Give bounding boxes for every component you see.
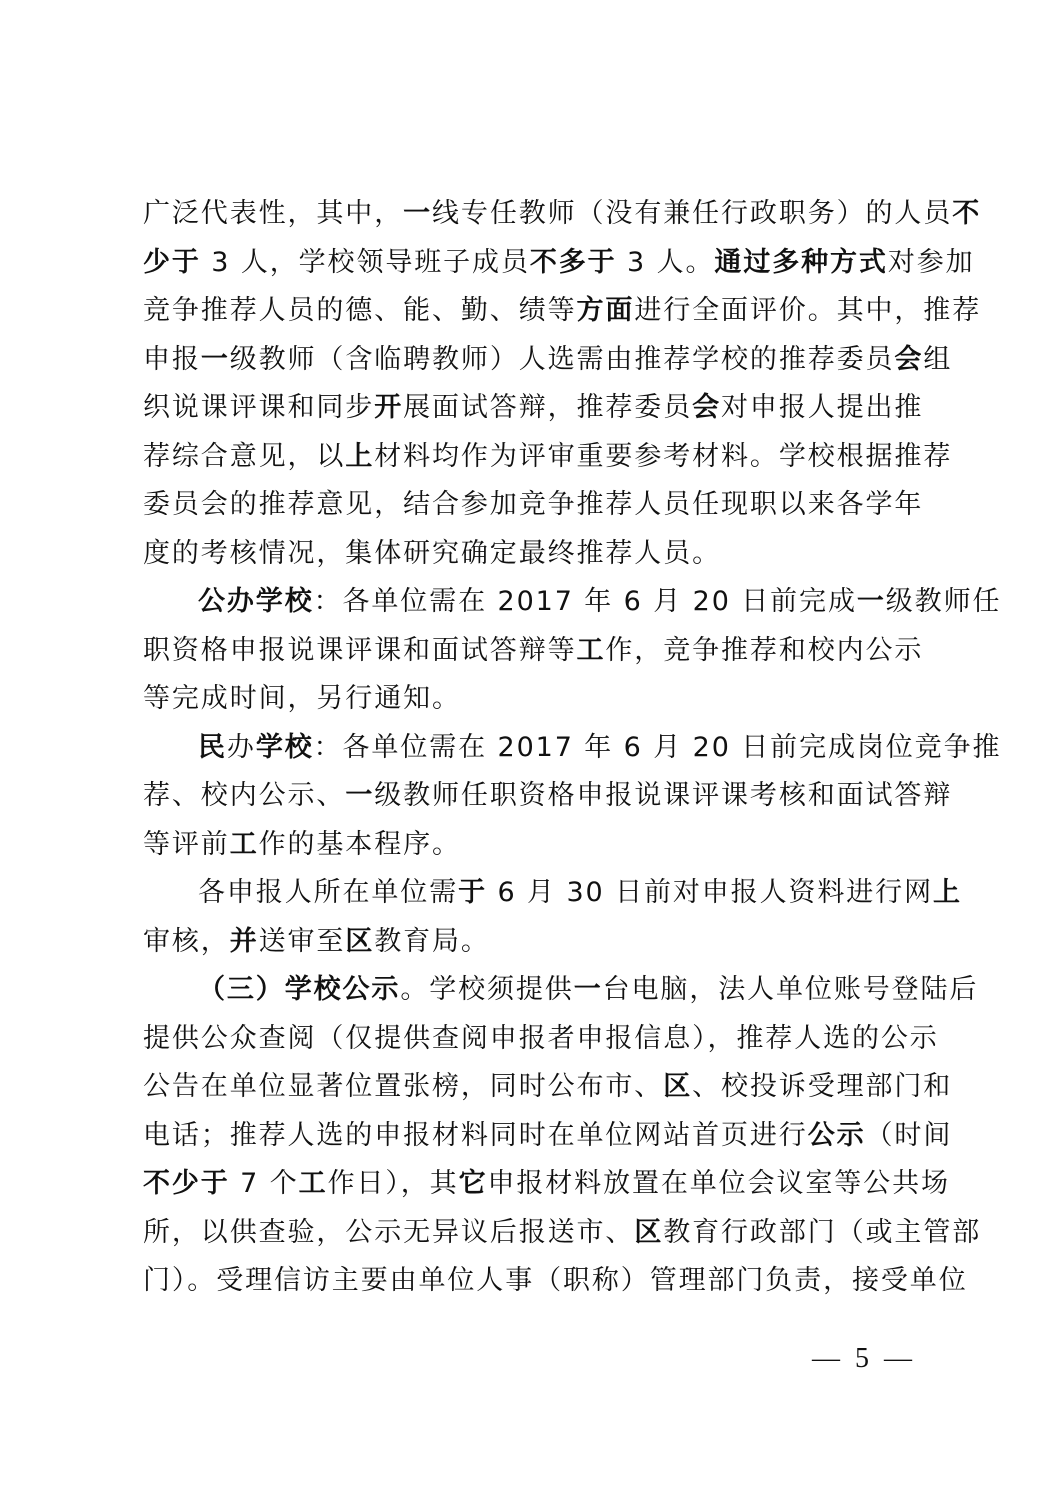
text-line: 民办学校：各单位需在 2017 年 6 月 20 日前完成岗位竞争推 (143, 724, 925, 773)
bold-text: 工 (299, 1168, 328, 1199)
text-segment: 等完成时间，另行通知。 (143, 683, 461, 714)
bold-text: 于 (458, 877, 487, 908)
text-segment: 级教师任 (886, 586, 1002, 617)
bold-text: 工 (230, 829, 259, 860)
text-line: 竞争推荐人员的德、能、勤、绩等方面进行全面评价。其中，推荐 (143, 287, 925, 336)
text-segment: 材料均作为评审重要参考材料。学校根据推荐 (374, 441, 952, 472)
bold-text: 不少于 (143, 1168, 230, 1199)
text-line: 少于 3 人，学校领导班子成员不多于 3 人。通过多种方式对参加 (143, 239, 925, 288)
text-segment: 门）。受理信访主要由单位人事（职称）管理部门负责，接受单位 (143, 1265, 968, 1296)
text-segment: 作的基本程序。 (259, 829, 461, 860)
text-line: 荐综合意见，以上材料均作为评审重要参考材料。学校根据推荐 (143, 433, 925, 482)
text-segment: ：各单位需在 2017 年 6 月 20 日前完成岗位竞争推 (314, 732, 1002, 763)
bold-text: 区 (345, 926, 374, 957)
bold-text: 公办学校 (198, 586, 314, 617)
bold-text: 民 (198, 732, 227, 763)
text-segment: 7 个 (230, 1168, 299, 1199)
text-segment: 委员会的推荐意见，结合参加竞争推荐人员任现职以来各学年 (143, 489, 923, 520)
text-segment: 、校投诉受理部门和 (692, 1071, 952, 1102)
bold-text: 它 (459, 1168, 488, 1199)
bold-text: 通过多种方式 (714, 247, 887, 278)
body-text: 广泛代表性，其中，一线专任教师（没有兼任行政职务）的人员不少于 3 人，学校领导… (143, 190, 925, 1306)
text-line: 审核，并送审至区教育局。 (143, 918, 925, 967)
bold-text: 工 (577, 635, 606, 666)
text-segment: 进行全面评价。其中，推荐 (634, 295, 981, 326)
text-segment: 等评前 (143, 829, 230, 860)
bold-text: 一 (857, 586, 886, 617)
text-segment: 提供公众查阅（仅提供查阅申报者申报信息），推荐人选的公示 (143, 1023, 939, 1054)
bold-text: 会 (894, 344, 923, 375)
text-line: 职资格申报说课评课和面试答辩等工作，竞争推荐和校内公示 (143, 627, 925, 676)
text-segment: 组 (923, 344, 952, 375)
bold-text: 会 (692, 392, 721, 423)
bold-text: 学校 (256, 732, 314, 763)
text-segment: 3 (617, 247, 657, 278)
bold-text: 不多于 (530, 247, 617, 278)
text-line: 等评前工作的基本程序。 (143, 821, 925, 870)
text-segment: 竞争推荐人员的德、能、勤、绩等 (143, 295, 577, 326)
bold-text: 上 (933, 877, 962, 908)
text-segment: 级教师（含临聘教师）人选需由推荐学校的推荐委员 (230, 344, 895, 375)
text-line: 提供公众查阅（仅提供查阅申报者申报信息），推荐人选的公示 (143, 1015, 925, 1064)
bold-text: 不 (952, 198, 981, 229)
text-segment: 教育行政部门（或主管部 (663, 1217, 981, 1248)
bold-text: 公示 (808, 1120, 866, 1151)
bold-text: 上 (345, 441, 374, 472)
text-segment: 3 (201, 247, 241, 278)
text-segment: 级教师任职资格申报说课评课考核和面试答辩 (374, 780, 952, 811)
text-segment: 各申报人所在单位需 (198, 877, 458, 908)
text-line: 门）。受理信访主要由单位人事（职称）管理部门负责，接受单位 (143, 1257, 925, 1306)
text-line: 公告在单位显著位置张榜，同时公布市、区、校投诉受理部门和 (143, 1063, 925, 1112)
text-segment: 荐、校内公示、 (143, 780, 345, 811)
text-segment: 公告在单位显著位置张榜，同时公布市、 (143, 1071, 663, 1102)
text-segment: 教育局。 (374, 926, 490, 957)
bold-text: 一 (201, 344, 230, 375)
text-line: 申报一级教师（含临聘教师）人选需由推荐学校的推荐委员会组 (143, 336, 925, 385)
text-segment: 线专任教师（没有兼任行政职务）的人员 (432, 198, 952, 229)
text-segment: 所，以供查验，公示无异议后报送市、 (143, 1217, 634, 1248)
document-page: 广泛代表性，其中，一线专任教师（没有兼任行政职务）的人员不少于 3 人，学校领导… (0, 0, 1058, 1497)
text-segment: 展面试答辩，推荐委员 (403, 392, 692, 423)
text-segment: ：各单位需在 2017 年 6 月 20 日前完成 (314, 586, 857, 617)
bold-text: 一 (574, 974, 603, 1005)
text-line: （三）学校公示。学校须提供一台电脑，法人单位账号登陆后 (143, 966, 925, 1015)
bold-text: 一 (403, 198, 432, 229)
bold-text: 开 (374, 392, 403, 423)
text-segment: 荐综合意见，以 (143, 441, 345, 472)
text-segment: 对申报人提出推 (721, 392, 923, 423)
text-line: 各申报人所在单位需于 6 月 30 日前对申报人资料进行网上 (143, 869, 925, 918)
text-segment: 对参加 (888, 247, 975, 278)
page-number: — 5 — (812, 1343, 916, 1375)
text-segment: 人，学校领导班子成员 (241, 247, 530, 278)
text-segment: 度的考核情况，集体研究确定最终推荐人员。 (143, 538, 721, 569)
text-line: 度的考核情况，集体研究确定最终推荐人员。 (143, 530, 925, 579)
text-segment: 申报材料放置在单位会议室等公共场 (487, 1168, 949, 1199)
text-segment: 织说课评课和同步 (143, 392, 374, 423)
bold-text: 区 (634, 1217, 663, 1248)
text-segment: 台电脑，法人单位账号登陆后 (603, 974, 979, 1005)
text-segment: 办 (227, 732, 256, 763)
text-segment: 申报 (143, 344, 201, 375)
bold-text: （三）学校公示 (198, 974, 400, 1005)
text-line: 委员会的推荐意见，结合参加竞争推荐人员任现职以来各学年 (143, 481, 925, 530)
text-segment: （时间 (866, 1120, 953, 1151)
text-segment: 送审至 (259, 926, 346, 957)
bold-text: 一 (345, 780, 374, 811)
text-line: 不少于 7 个工作日），其它申报材料放置在单位会议室等公共场 (143, 1160, 925, 1209)
text-line: 所，以供查验，公示无异议后报送市、区教育行政部门（或主管部 (143, 1209, 925, 1258)
text-segment: 。学校须提供 (400, 974, 573, 1005)
text-segment: 作日），其 (328, 1168, 459, 1199)
text-segment: 职资格申报说课评课和面试答辩等 (143, 635, 577, 666)
text-segment: 6 月 30 日前对申报人资料进行网 (487, 877, 933, 908)
text-line: 等完成时间，另行通知。 (143, 675, 925, 724)
text-line: 荐、校内公示、一级教师任职资格申报说课评课考核和面试答辩 (143, 772, 925, 821)
text-line: 公办学校：各单位需在 2017 年 6 月 20 日前完成一级教师任 (143, 578, 925, 627)
bold-text: 区 (663, 1071, 692, 1102)
text-line: 电话；推荐人选的申报材料同时在单位网站首页进行公示（时间 (143, 1112, 925, 1161)
bold-text: 方面 (577, 295, 635, 326)
text-segment: 作，竞争推荐和校内公示 (605, 635, 923, 666)
bold-text: 并 (230, 926, 259, 957)
text-line: 织说课评课和同步开展面试答辩，推荐委员会对申报人提出推 (143, 384, 925, 433)
text-line: 广泛代表性，其中，一线专任教师（没有兼任行政职务）的人员不 (143, 190, 925, 239)
text-segment: 人。 (657, 247, 715, 278)
text-segment: 审核， (143, 926, 230, 957)
text-segment: 电话；推荐人选的申报材料同时在单位网站首页进行 (143, 1120, 808, 1151)
text-segment: 广泛代表性，其中， (143, 198, 403, 229)
bold-text: 少于 (143, 247, 201, 278)
